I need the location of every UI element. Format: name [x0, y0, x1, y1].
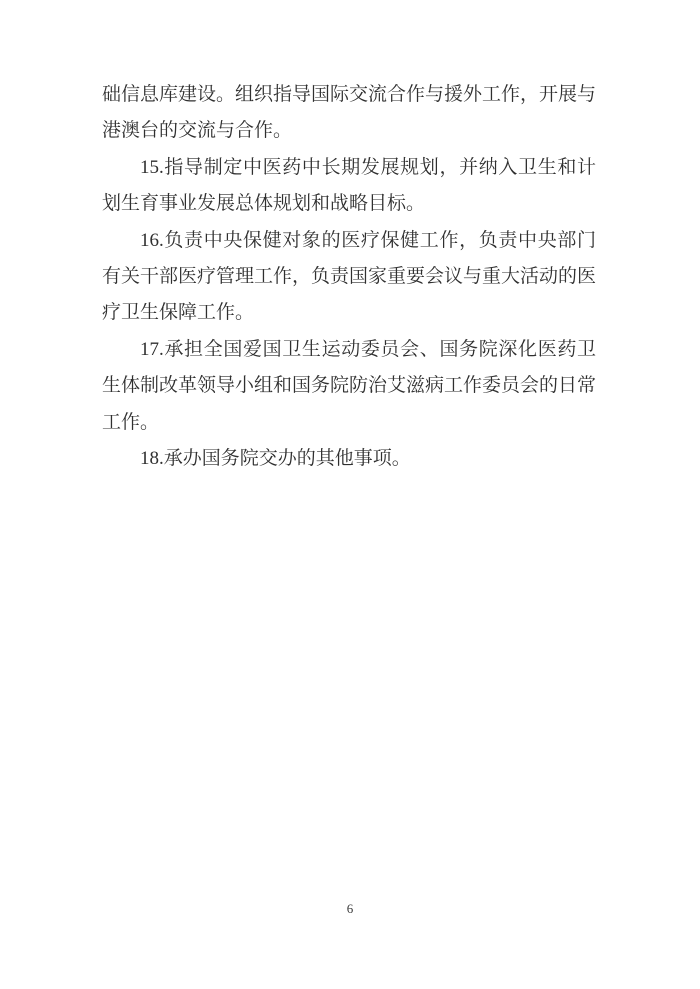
paragraph-item-16: 16.负责中央保健对象的医疗保健工作，负责中央部门有关干部医疗管理工作，负责国家… [102, 223, 596, 332]
paragraph-continuation: 础信息库建设。组织指导国际交流合作与援外工作，开展与港澳台的交流与合作。 [102, 77, 596, 150]
paragraph-item-18: 18.承办国务院交办的其他事项。 [102, 441, 596, 477]
document-text-block: 础信息库建设。组织指导国际交流合作与援外工作，开展与港澳台的交流与合作。 15.… [102, 77, 596, 477]
paragraph-item-17: 17.承担全国爱国卫生运动委员会、国务院深化医药卫生体制改革领导小组和国务院防治… [102, 332, 596, 441]
page-number: 6 [0, 901, 700, 917]
paragraph-item-15: 15.指导制定中医药中长期发展规划，并纳入卫生和计划生育事业发展总体规划和战略目… [102, 150, 596, 223]
document-page: 础信息库建设。组织指导国际交流合作与援外工作，开展与港澳台的交流与合作。 15.… [0, 0, 700, 989]
